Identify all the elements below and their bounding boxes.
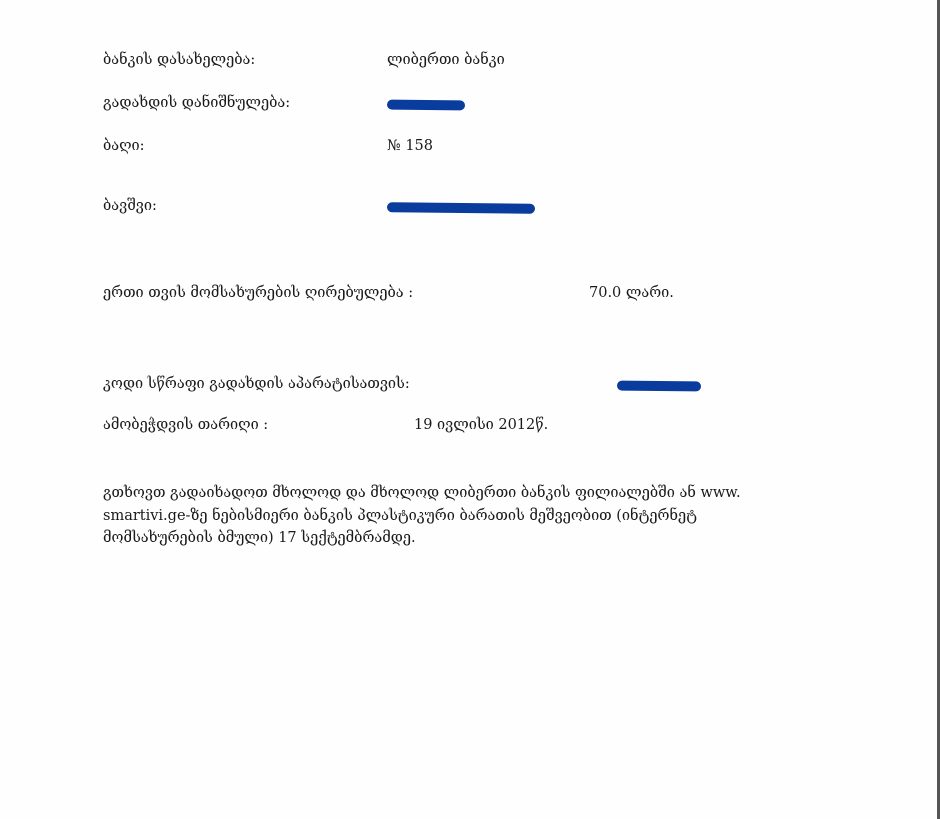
- express-payment-code-redacted-value: [617, 374, 701, 394]
- payment-instructions-note: გთხოვთ გადაიხადოთ მხოლოდ და მხოლოდ ლიბერ…: [103, 482, 803, 550]
- payment-purpose-redacted-value: [387, 93, 465, 113]
- note-line-3: მომსახურების ბმული) 17 სექტემბრამდე.: [103, 527, 803, 550]
- document-page: ბანკის დასახელება: ლიბერთი ბანკი გადახდი…: [0, 0, 937, 819]
- redaction-mark: [387, 202, 535, 214]
- redaction-mark: [387, 100, 465, 111]
- garden-label: ბაღი:: [103, 136, 145, 156]
- child-redacted-value: [387, 196, 535, 216]
- print-date-label: ამობეჭდვის თარიღი :: [103, 415, 268, 435]
- monthly-fee-value: 70.0 ლარი.: [589, 283, 674, 303]
- note-line-2: smartivi.ge-ზე ნებისმიერი ბანკის პლასტიკ…: [103, 505, 803, 528]
- express-payment-code-label: კოდი სწრაფი გადახდის აპარატისათვის:: [103, 374, 410, 394]
- garden-value: № 158: [387, 136, 433, 156]
- payment-purpose-label: გადახდის დანიშნულება:: [103, 93, 290, 113]
- child-label: ბავშვი:: [103, 196, 157, 216]
- bank-name-label: ბანკის დასახელება:: [103, 50, 255, 70]
- monthly-fee-label: ერთი თვის მომსახურების ღირებულება :: [103, 283, 413, 303]
- note-line-1: გთხოვთ გადაიხადოთ მხოლოდ და მხოლოდ ლიბერ…: [103, 482, 803, 505]
- print-date-value: 19 ივლისი 2012წ.: [414, 415, 548, 435]
- redaction-mark: [617, 381, 701, 392]
- bank-name-value: ლიბერთი ბანკი: [387, 50, 505, 70]
